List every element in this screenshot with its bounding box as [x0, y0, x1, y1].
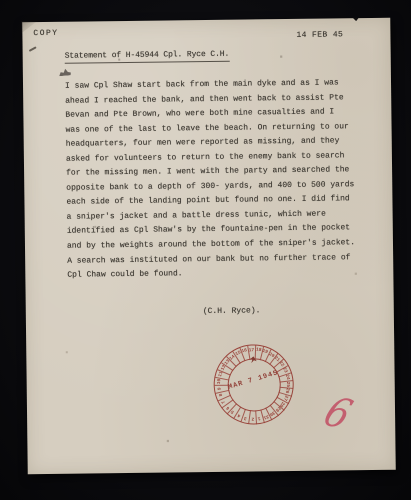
- copy-label: COPY: [33, 29, 58, 38]
- handwritten-page-number: 6: [318, 393, 357, 437]
- document-date: 14 FEB 45: [296, 30, 343, 40]
- stamp-ring-number: 10: [218, 379, 223, 385]
- statement-body: I saw Cpl Shaw start back from the main …: [65, 76, 367, 283]
- paper-edge-notch: [352, 17, 359, 21]
- signature: (C.H. Ryce).: [203, 306, 261, 316]
- stamp-ring-number: 2: [251, 416, 254, 421]
- stamp-pointer-icon: [249, 356, 258, 365]
- stamp-ring-number: 25: [285, 381, 290, 387]
- paper-speckles: [22, 22, 23, 23]
- body-line: Cpl Chaw could be found.: [67, 265, 367, 283]
- stamp-ring-number: 17: [249, 349, 255, 354]
- pen-mark: [29, 46, 37, 51]
- ink-smudge: [59, 68, 72, 76]
- statement-heading: Statement of H-45944 Cpl. Ryce C.H.: [65, 50, 230, 64]
- date-stamp: 1234567891011121314151617181920212223242…: [211, 342, 296, 427]
- document-page: COPY 14 FEB 45 Statement of H-45944 Cpl.…: [22, 18, 395, 474]
